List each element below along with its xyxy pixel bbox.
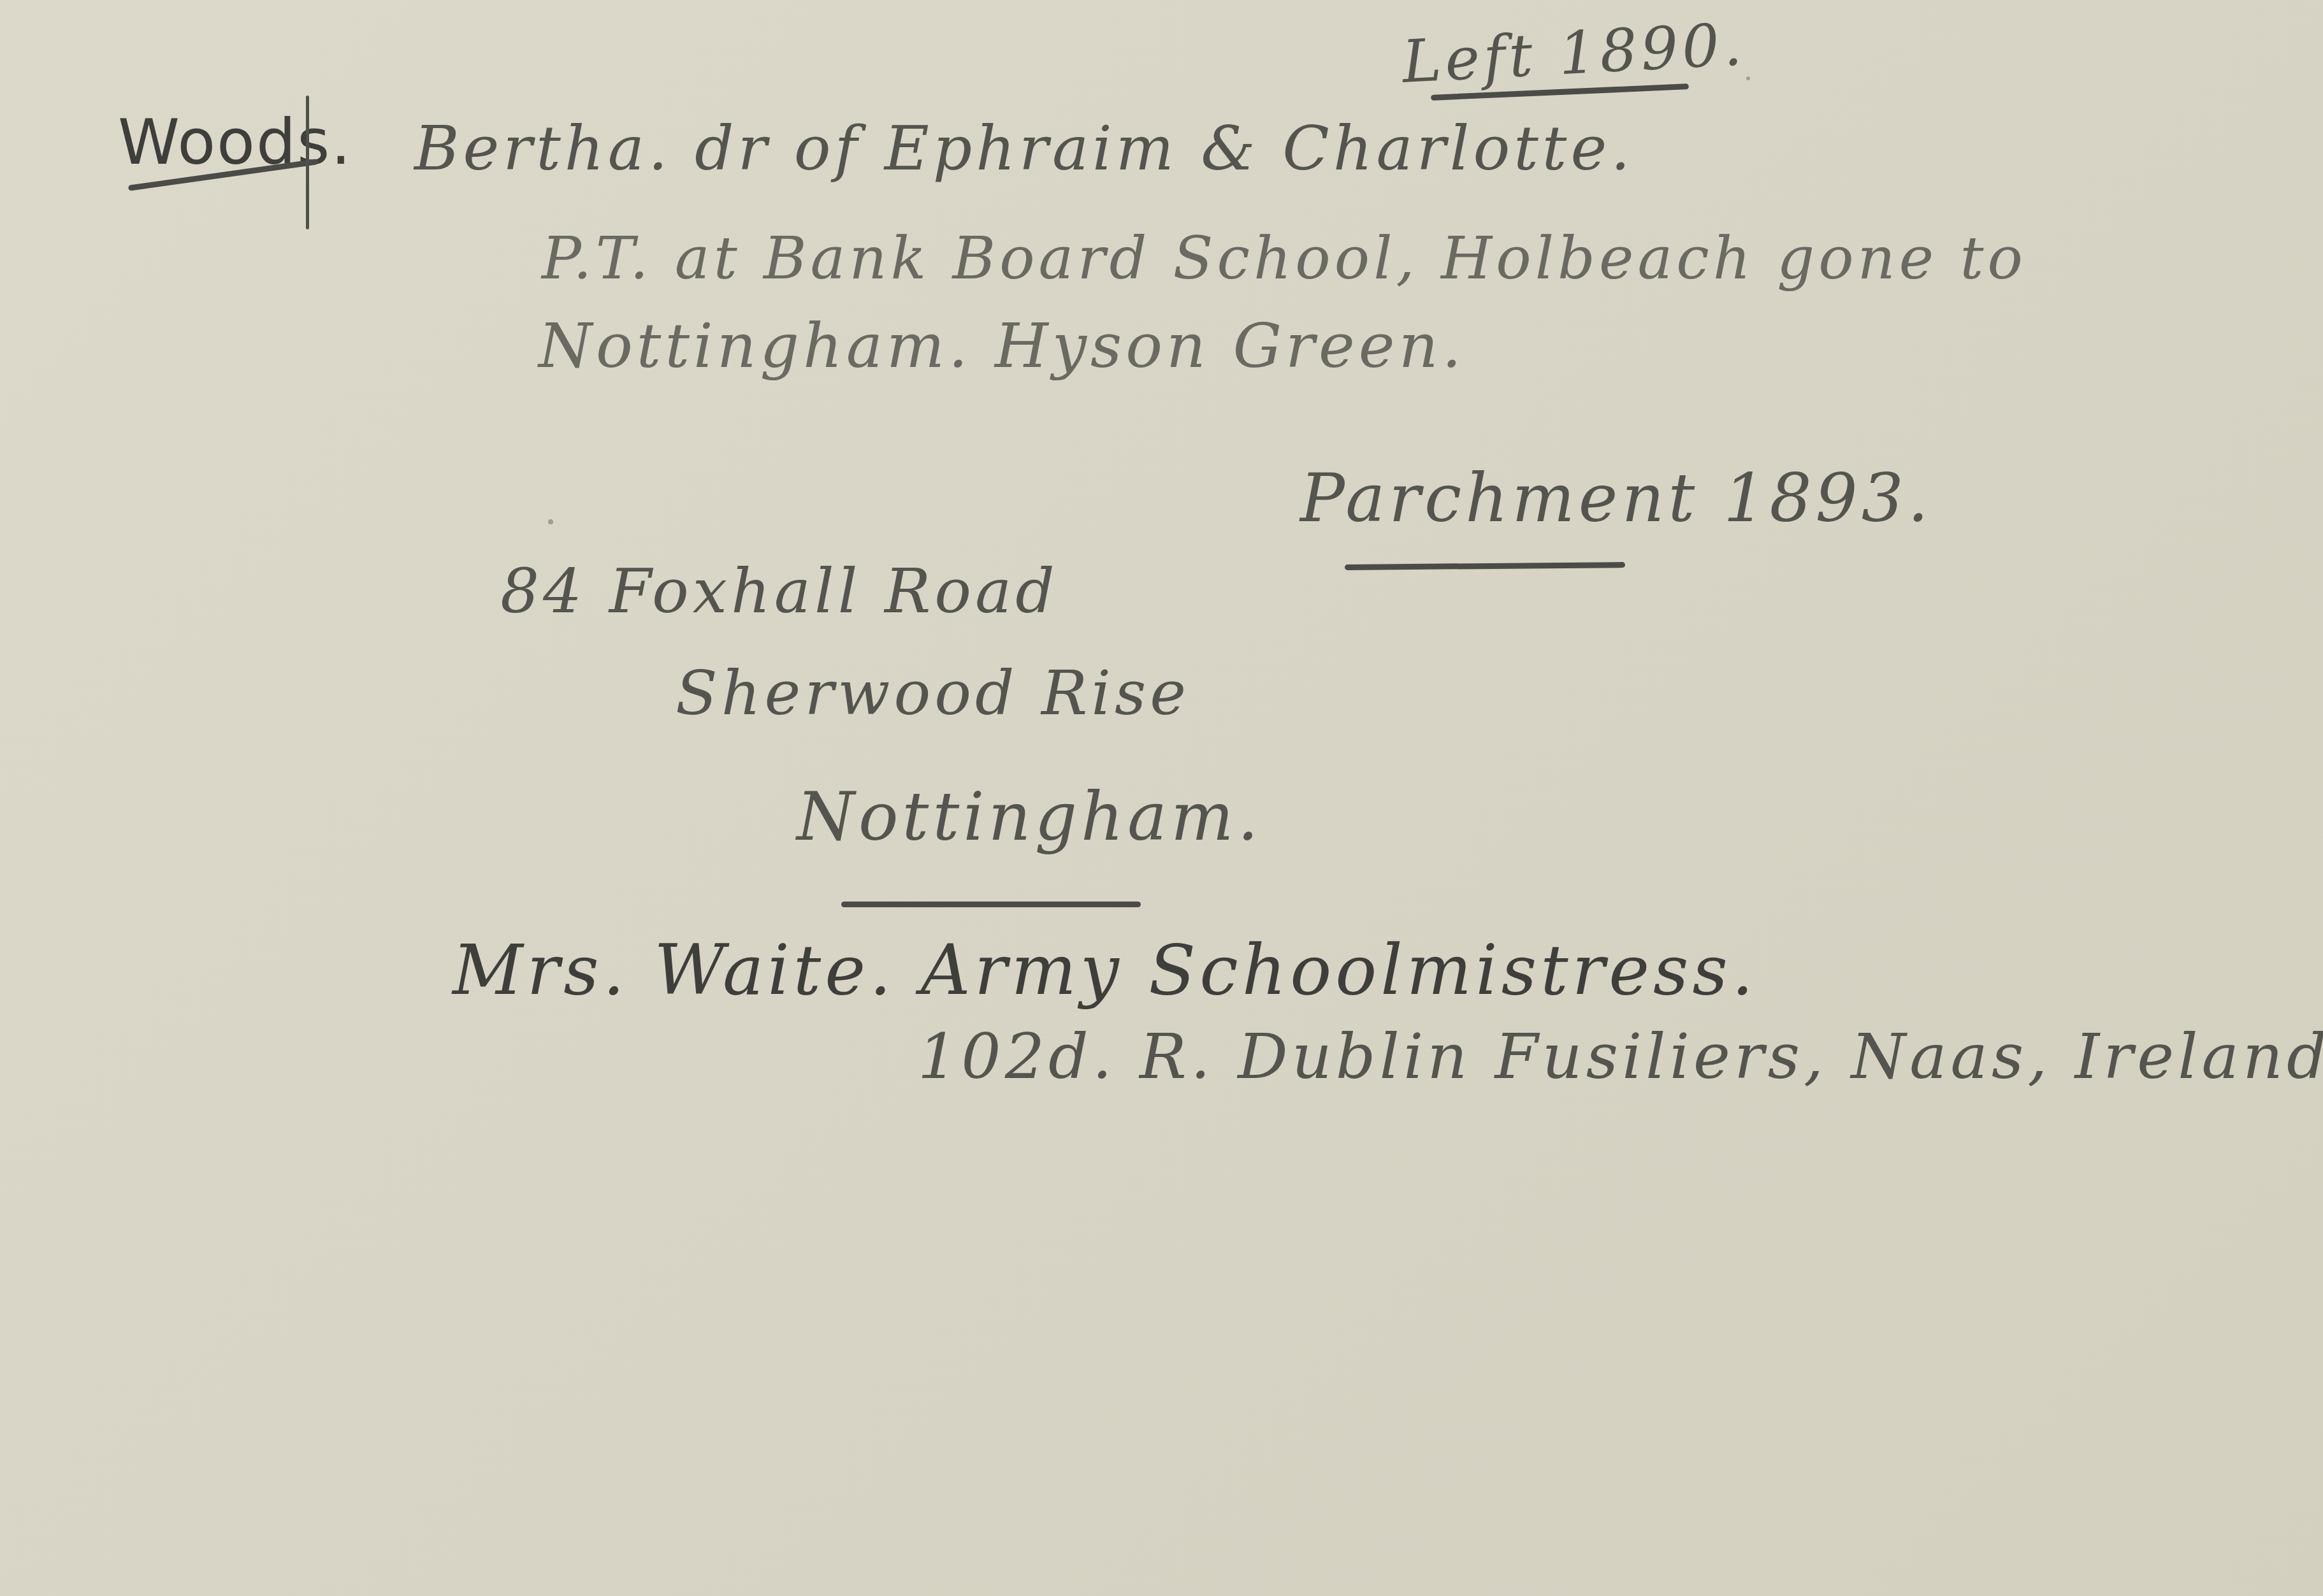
left-date-note: Left 1890. — [1401, 15, 1747, 92]
paper-speck — [1746, 76, 1750, 80]
contact-name-role: Mrs. Waite. Army Schoolmistress. — [452, 937, 1757, 1005]
address-separator-rule — [841, 902, 1141, 907]
address-district: Sherwood Rise — [676, 663, 1190, 724]
entry-line-parentage: Bertha. dr of Ephraim & Charlotte. — [414, 118, 1634, 179]
surname-heading: Woods. — [118, 111, 352, 174]
contact-regiment-location: 102d. R. Dublin Fusiliers, Naas, Ireland… — [918, 1026, 2323, 1088]
record-card: Left 1890. Woods. Bertha. dr of Ephraim … — [0, 0, 2323, 1596]
surname-divider-stroke — [306, 96, 309, 229]
address-city: Nottingham. — [797, 784, 1263, 850]
entry-line-school: P.T. at Bank Board School, Holbeach gone… — [542, 229, 2027, 288]
paper-speck — [548, 519, 553, 524]
entry-line-destination: Nottingham. Hyson Green. — [539, 315, 1465, 377]
parchment-note: Parchment 1893. — [1300, 465, 1932, 531]
address-street: 84 Foxhall Road — [500, 561, 1059, 622]
parchment-underline — [1345, 562, 1625, 570]
